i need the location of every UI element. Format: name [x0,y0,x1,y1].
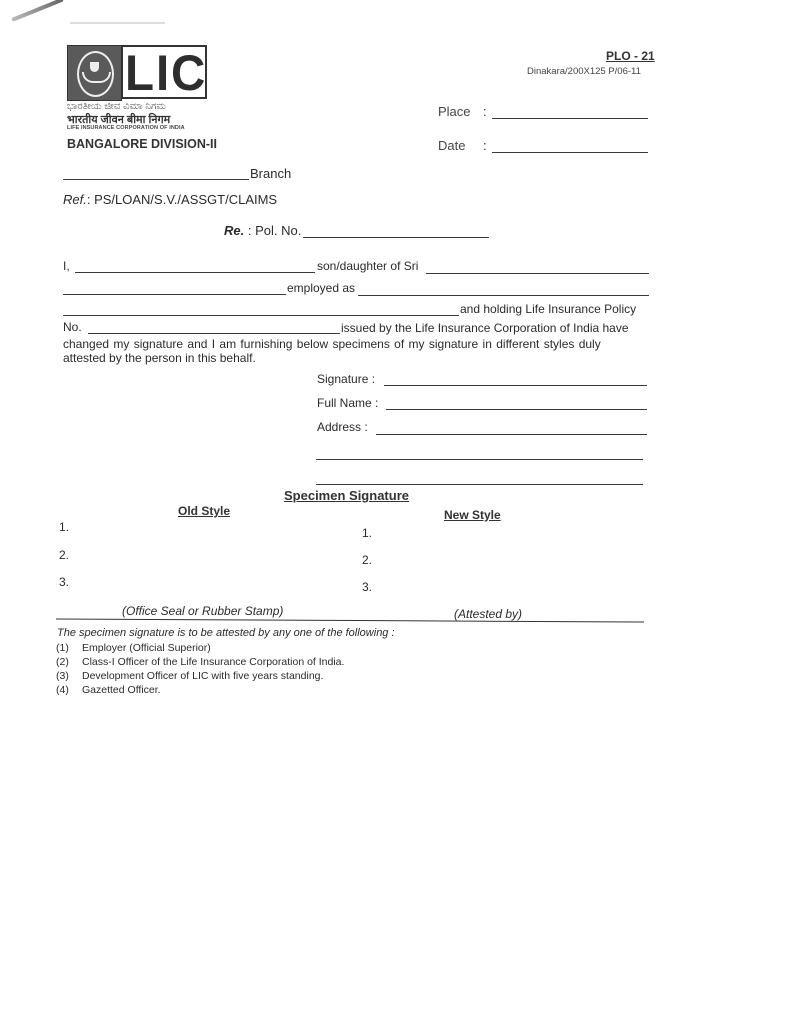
old-style-item-3[interactable]: 3. [59,575,69,589]
new-style-item-2[interactable]: 2. [362,553,372,567]
branch-field[interactable] [63,179,249,180]
attester-text: Class-I Officer of the Life Insurance Co… [82,656,344,668]
father-name-field[interactable] [426,273,649,274]
date-colon: : [483,138,487,153]
changed-signature-text: changed my signature and I am furnishing… [63,337,601,351]
footer-divider [56,618,644,622]
org-name-english: LIFE INSURANCE CORPORATION OF INDIA [67,125,185,131]
policy-number-line: Re. : Pol. No. [224,223,301,238]
father-name-continued-field[interactable] [63,294,286,295]
office-seal-label: (Office Seal or Rubber Stamp) [122,604,283,618]
name-field[interactable] [75,272,315,273]
old-style-item-2[interactable]: 2. [59,548,69,562]
scan-smudge-faint [70,22,165,24]
reference-prefix: Ref. [63,192,87,207]
attester-item-2: (2)Class-I Officer of the Life Insurance… [56,656,344,668]
form-code: PLO - 21 [606,49,655,63]
place-field[interactable] [492,118,648,119]
address-field-2[interactable] [316,459,643,460]
old-style-heading: Old Style [178,504,230,518]
employed-as-label: employed as [287,281,355,295]
print-reference: Dinakara/200X125 P/06-11 [527,66,641,77]
division-name: BANGALORE DIVISION-II [67,137,217,151]
lic-logo: LIC [121,45,207,99]
lic-emblem-icon [67,45,122,101]
place-colon: : [483,104,487,119]
employment-field[interactable] [358,295,649,296]
signature-field[interactable] [384,385,647,386]
address-label: Address : [317,420,368,434]
reference-line: Ref.: PS/LOAN/S.V./ASSGT/CLAIMS [63,192,277,207]
attester-item-3: (3)Development Officer of LIC with five … [56,670,323,682]
attested-text: attested by the person in this behalf. [63,351,256,365]
new-style-heading: New Style [444,508,501,522]
specimen-signature-title: Specimen Signature [284,488,409,503]
attester-text: Employer (Official Superior) [82,642,211,654]
logo-text: LIC [125,44,203,102]
full-name-field[interactable] [386,409,647,410]
new-style-item-3[interactable]: 3. [362,580,372,594]
i-label: I, [63,259,70,273]
attester-num: (2) [56,656,82,668]
policy-number-field[interactable] [303,237,489,238]
attester-text: Development Officer of LIC with five yea… [82,670,323,682]
full-name-label: Full Name : [317,396,378,410]
employment-continued-field[interactable] [63,315,459,316]
attested-by-label: (Attested by) [454,607,522,621]
address-field-1[interactable] [376,434,647,435]
old-style-item-1[interactable]: 1. [59,520,69,534]
attester-text: Gazetted Officer. [82,684,161,696]
new-style-item-1[interactable]: 1. [362,526,372,540]
attester-item-1: (1)Employer (Official Superior) [56,642,211,654]
org-name-kannada: ಭಾರತೀಯ ಜೀವ ವಿಮಾ ನಿಗಮ [67,101,166,112]
address-field-3[interactable] [316,484,643,485]
re-prefix: Re. [224,223,244,238]
no-label: No. [63,320,82,334]
issued-by-text: issued by the Life Insurance Corporation… [341,321,629,335]
holding-policy-label: and holding Life Insurance Policy [460,302,636,316]
attestation-note: The specimen signature is to be attested… [57,627,395,639]
branch-label: Branch [250,166,291,181]
signature-label: Signature : [317,372,375,386]
date-label: Date [438,138,465,153]
date-field[interactable] [492,152,648,153]
attester-num: (4) [56,684,82,696]
life-policy-number-field[interactable] [88,333,340,334]
pol-no-label: : Pol. No. [248,223,301,238]
place-label: Place [438,104,471,119]
son-daughter-label: son/daughter of Sri [317,259,418,273]
attester-num: (1) [56,642,82,654]
reference-value: : PS/LOAN/S.V./ASSGT/CLAIMS [87,192,277,207]
attester-num: (3) [56,670,82,682]
scan-smudge [11,0,63,22]
attester-item-4: (4)Gazetted Officer. [56,684,161,696]
